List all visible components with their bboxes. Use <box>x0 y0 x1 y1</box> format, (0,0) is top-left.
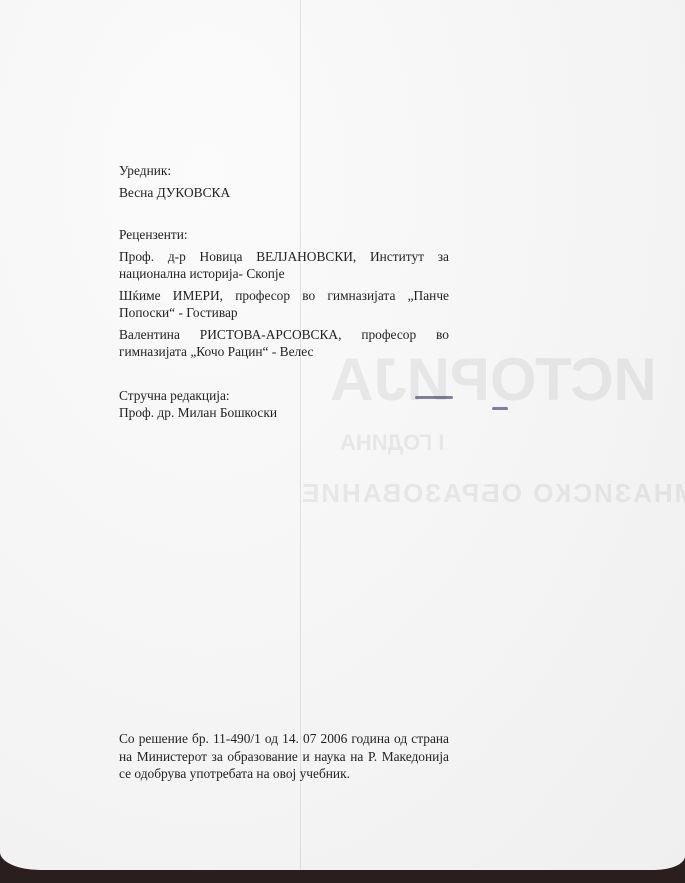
ink-mark <box>492 407 508 410</box>
reviewer-entry: Шќиме ИМЕРИ, професор во гимназијата „Па… <box>119 287 449 322</box>
reviewers-label: Рецензенти: <box>119 226 449 244</box>
scanned-page: ИСТОРИЈА I ГОДИНА ГИМНАЗИСКО ОБРАЗОВАНИЕ… <box>0 0 685 870</box>
show-through-year: I ГОДИНА <box>340 430 445 456</box>
expert-editing-name: Проф. др. Милан Бошкоски <box>119 404 449 422</box>
editor-label: Уредник: <box>119 162 449 180</box>
reviewer-entry: Валентина РИСТОВА-АРСОВСКА, професор во … <box>119 326 449 361</box>
approval-note: Со решение бр. 11-490/1 од 14. 07 2006 г… <box>119 730 449 783</box>
expert-editing-label: Стручна редакција: <box>119 387 449 405</box>
editor-name: Весна ДУКОВСКА <box>119 184 449 202</box>
reviewer-entry: Проф. д-р Новица ВЕЛЈАНОВСКИ, Институт з… <box>119 248 449 283</box>
credits-block: Уредник: Весна ДУКОВСКА Рецензенти: Проф… <box>119 162 449 422</box>
show-through-subtitle: ГИМНАЗИСКО ОБРАЗОВАНИЕ <box>300 478 685 509</box>
